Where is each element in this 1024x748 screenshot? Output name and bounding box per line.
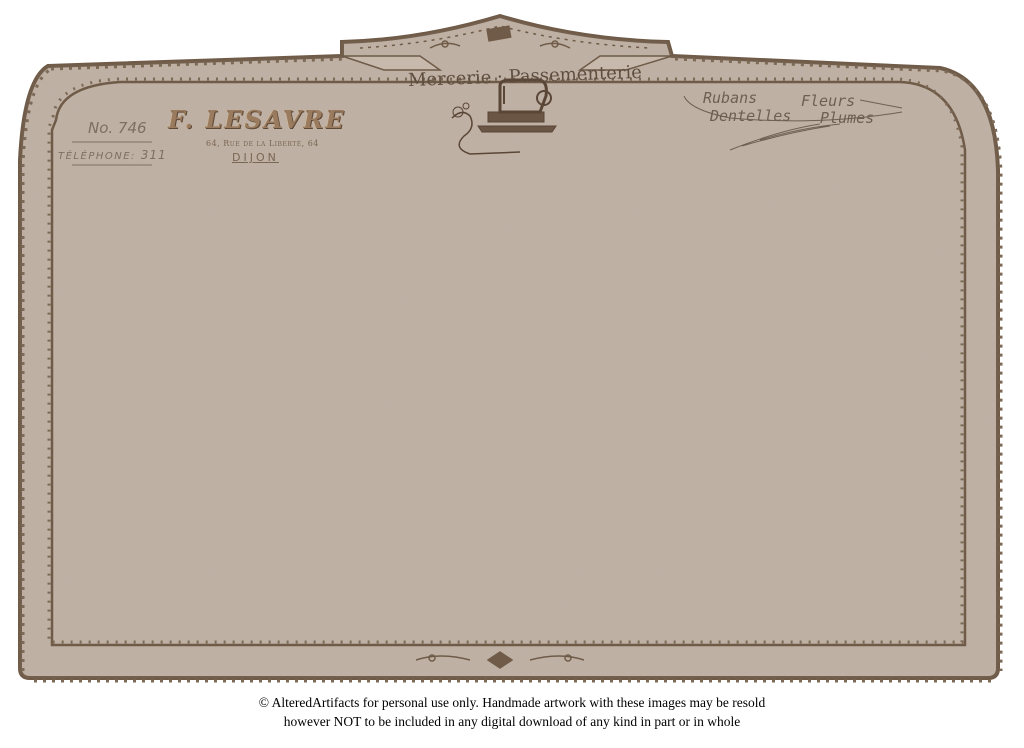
brand-name: F. LESAVRE xyxy=(168,105,346,134)
copyright-line-2: however NOT to be included in any digita… xyxy=(0,712,1024,731)
goods-item: Fleurs xyxy=(801,92,855,110)
goods-item: Rubans xyxy=(703,89,757,107)
telephone-value: 311 xyxy=(141,148,167,162)
goods-item: Dentelles xyxy=(710,107,791,125)
copyright-line-1: © AlteredArtifacts for personal use only… xyxy=(0,693,1024,712)
copyright-notice: © AlteredArtifacts for personal use only… xyxy=(0,693,1024,731)
vintage-label-card xyxy=(0,0,1024,690)
brand-address: 64, Rue de la Liberté, 64 xyxy=(206,139,319,148)
goods-item: Plumes xyxy=(820,109,874,127)
telephone-line: TÉLÉPHONE: 311 xyxy=(58,148,167,162)
card-number: No. 746 xyxy=(88,119,147,137)
telephone-label: TÉLÉPHONE: xyxy=(58,151,136,162)
brand-city: DIJON xyxy=(232,151,279,164)
